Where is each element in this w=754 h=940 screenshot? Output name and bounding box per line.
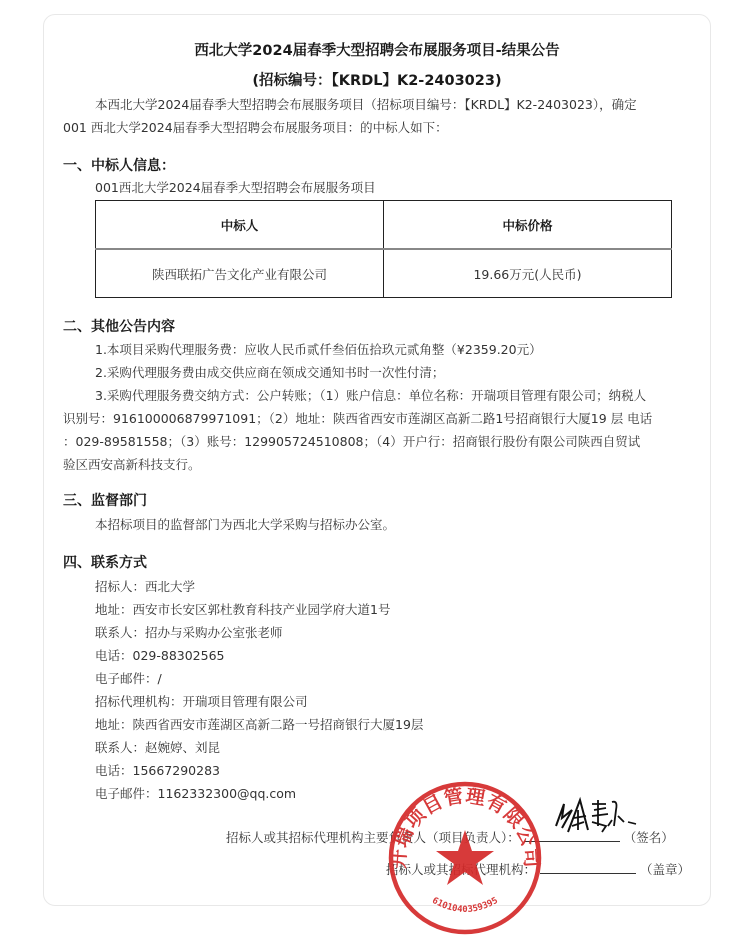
table-header-row: 中标人 中标价格 xyxy=(96,201,672,250)
company-seal-icon: 开瑞项目管理有限公司 6101040359395 xyxy=(385,778,545,938)
contact-line: 电话：029-88302565 xyxy=(95,648,225,664)
section-2-heading: 二、其他公告内容 xyxy=(63,316,175,336)
other-item-3-cont-1: 识别号：916100006879971091；（2）地址：陕西省西安市莲湖区高新… xyxy=(63,411,652,427)
other-item-2: 2.采购代理服务费由成交供应商在领成交通知书时一次性付清； xyxy=(95,365,444,381)
table-row: 陕西联拓广告文化产业有限公司 19.66万元(人民币) xyxy=(96,249,672,298)
supervision-text: 本招标项目的监督部门为西北大学采购与招标办公室。 xyxy=(95,517,395,533)
intro-line-2: 001 西北大学2024届春季大型招聘会布展服务项目：的中标人如下： xyxy=(63,120,448,136)
winner-name: 陕西联拓广告文化产业有限公司 xyxy=(96,249,384,298)
svg-text:6101040359395: 6101040359395 xyxy=(430,896,500,915)
other-item-3-cont-3: 验区西安高新科技支行。 xyxy=(63,457,201,473)
winner-price: 19.66万元(人民币) xyxy=(384,249,672,298)
document-title: 西北大学2024届春季大型招聘会布展服务项目-结果公告 xyxy=(0,39,754,60)
contact-line: 电子邮件：/ xyxy=(95,671,162,687)
section-4-heading: 四、联系方式 xyxy=(63,552,147,572)
section-3-heading: 三、监督部门 xyxy=(63,490,147,510)
intro-line-1: 本西北大学2024届春季大型招聘会布展服务项目（招标项目编号：【KRDL】K2-… xyxy=(95,97,637,113)
contact-line: 招标人：西北大学 xyxy=(95,579,195,595)
contact-line: 联系人：赵婉婷、刘昆 xyxy=(95,740,220,756)
other-item-1: 1.本项目采购代理服务费：应收人民币贰仟叁佰伍拾玖元贰角整（¥2359.20元） xyxy=(95,342,542,358)
contact-line: 联系人：招办与采购办公室张老师 xyxy=(95,625,283,641)
seal-blank xyxy=(540,862,636,874)
contact-email: 电子邮件：1162332300@qq.com xyxy=(95,786,296,802)
contact-line: 招标代理机构：开瑞项目管理有限公司 xyxy=(95,694,308,710)
lot-name: 001西北大学2024届春季大型招聘会布展服务项目 xyxy=(95,180,376,196)
contact-line: 地址：西安市长安区郭杜教育科技产业园学府大道1号 xyxy=(95,602,390,618)
winner-table: 中标人 中标价格 陕西联拓广告文化产业有限公司 19.66万元(人民币) xyxy=(95,200,672,298)
contact-line: 电话：15667290283 xyxy=(95,763,220,779)
seal-suffix: （盖章） xyxy=(640,862,690,877)
other-item-3: 3.采购代理服务费交纳方式：公户转账；（1）账户信息：单位名称：开瑞项目管理有限… xyxy=(95,388,646,404)
other-item-3-cont-2: ：029-89581558；（3）账号：129905724510808；（4）开… xyxy=(63,434,640,450)
header-price: 中标价格 xyxy=(384,201,672,250)
document-subtitle: (招标编号：【KRDL】K2-2403023) xyxy=(0,69,754,90)
section-1-heading: 一、中标人信息： xyxy=(63,155,175,175)
contact-line: 地址：陕西省西安市莲湖区高新二路一号招商银行大厦19层 xyxy=(95,717,423,733)
header-winner: 中标人 xyxy=(96,201,384,250)
handwritten-signature-icon xyxy=(548,796,640,838)
